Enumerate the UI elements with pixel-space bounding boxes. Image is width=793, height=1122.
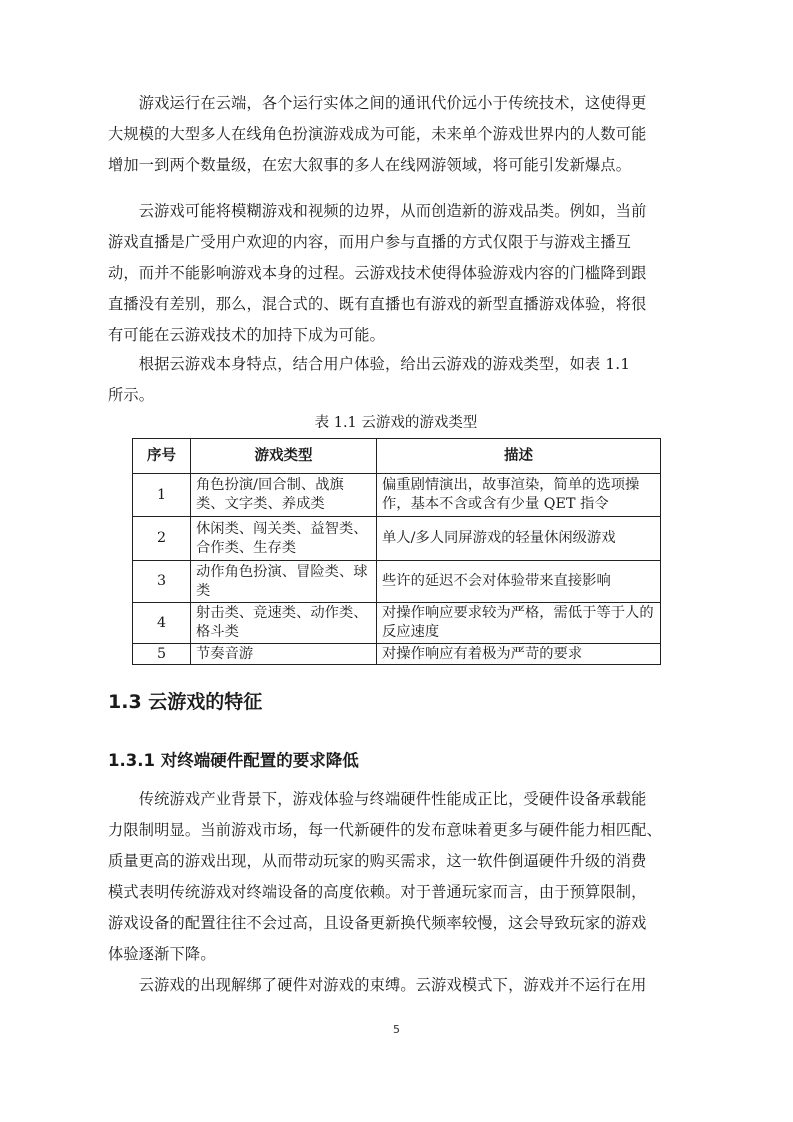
cell-number: 1 <box>133 474 191 517</box>
cell-number: 3 <box>133 561 191 603</box>
table-row: 5 节奏音游 对操作响应有着极为严苛的要求 <box>133 644 661 665</box>
text-line: 有可能在云游戏技术的加持下成为可能。 <box>108 320 673 351</box>
table-row: 3 动作角色扮演、冒险类、球类 些许的延迟不会对体验带来直接影响 <box>133 561 661 603</box>
text-line: 游戏设备的配置往往不会过高，且设备更新换代频率较慢，这会导致玩家的游戏 <box>108 908 673 939</box>
text-line: 质量更高的游戏出现，从而带动玩家的购买需求，这一软件倒逼硬件升级的消费 <box>108 846 673 877</box>
cell-number: 5 <box>133 644 191 665</box>
cell-game-type: 角色扮演/回合制、战旗类、文字类、养成类 <box>191 474 377 517</box>
paragraph-cloud-unbinding: 云游戏的出现解绑了硬件对游戏的束缚。云游戏模式下，游戏并不运行在用 <box>108 970 673 1001</box>
table-caption: 表 1.1 云游戏的游戏类型 <box>108 412 684 434</box>
text-line: 力限制明显。当前游戏市场，每一代新硬件的发布意味着更多与硬件能力相匹配、 <box>108 815 673 846</box>
text-line: 云游戏的出现解绑了硬件对游戏的束缚。云游戏模式下，游戏并不运行在用 <box>108 970 673 1001</box>
cell-game-type: 休闲类、闯关类、益智类、合作类、生存类 <box>191 517 377 561</box>
text-line: 所示。 <box>108 380 673 411</box>
game-types-table: 序号 游戏类型 描述 1 角色扮演/回合制、战旗类、文字类、养成类 偏重剧情演出… <box>132 438 661 665</box>
table-header-row: 序号 游戏类型 描述 <box>133 439 661 474</box>
text-line: 模式表明传统游戏对终端设备的高度依赖。对于普通玩家而言，由于预算限制， <box>108 877 673 908</box>
text-line: 传统游戏产业背景下，游戏体验与终端硬件性能成正比，受硬件设备承载能 <box>108 784 673 815</box>
text-line: 体验逐渐下降。 <box>108 939 673 970</box>
cell-description: 对操作响应要求较为严格，需低于等于人的反应速度 <box>377 603 661 644</box>
text-line: 动，而并不能影响游戏本身的过程。云游戏技术使得体验游戏内容的门槛降到跟 <box>108 258 673 289</box>
paragraph-live-streaming: 云游戏可能将模糊游戏和视频的边界，从而创造新的游戏品类。例如，当前 游戏直播是广… <box>108 196 673 351</box>
cell-game-type: 射击类、竞速类、动作类、格斗类 <box>191 603 377 644</box>
paragraph-table-intro: 根据云游戏本身特点，结合用户体验，给出云游戏的游戏类型，如表 1.1 所示。 <box>108 349 673 411</box>
cell-description: 些许的延迟不会对体验带来直接影响 <box>377 561 661 603</box>
text-line: 大规模的大型多人在线角色扮演游戏成为可能，未来单个游戏世界内的人数可能 <box>108 119 673 150</box>
text-line: 游戏直播是广受用户欢迎的内容，而用户参与直播的方式仅限于与游戏主播互 <box>108 227 673 258</box>
cell-game-type: 动作角色扮演、冒险类、球类 <box>191 561 377 603</box>
text-line: 云游戏可能将模糊游戏和视频的边界，从而创造新的游戏品类。例如，当前 <box>108 196 673 227</box>
document-page: 游戏运行在云端，各个运行实体之间的通讯代价远小于传统技术，这使得更 大规模的大型… <box>0 0 793 1122</box>
page-number: 5 <box>0 1023 793 1036</box>
text-line: 游戏运行在云端，各个运行实体之间的通讯代价远小于传统技术，这使得更 <box>108 88 673 119</box>
paragraph-mmo-scale: 游戏运行在云端，各个运行实体之间的通讯代价远小于传统技术，这使得更 大规模的大型… <box>108 88 673 181</box>
cell-description: 单人/多人同屏游戏的轻量休闲级游戏 <box>377 517 661 561</box>
table-row: 1 角色扮演/回合制、战旗类、文字类、养成类 偏重剧情演出，故事渲染，简单的选项… <box>133 474 661 517</box>
table-row: 2 休闲类、闯关类、益智类、合作类、生存类 单人/多人同屏游戏的轻量休闲级游戏 <box>133 517 661 561</box>
header-number: 序号 <box>133 439 191 474</box>
table-row: 4 射击类、竞速类、动作类、格斗类 对操作响应要求较为严格，需低于等于人的反应速… <box>133 603 661 644</box>
cell-description: 对操作响应有着极为严苛的要求 <box>377 644 661 665</box>
text-line: 根据云游戏本身特点，结合用户体验，给出云游戏的游戏类型，如表 1.1 <box>108 349 673 380</box>
header-description: 描述 <box>377 439 661 474</box>
cell-game-type: 节奏音游 <box>191 644 377 665</box>
text-line: 增加一到两个数量级，在宏大叙事的多人在线网游领域，将可能引发新爆点。 <box>108 150 673 181</box>
cell-number: 4 <box>133 603 191 644</box>
header-game-type: 游戏类型 <box>191 439 377 474</box>
section-heading: 1.3 云游戏的特征 <box>108 688 262 716</box>
paragraph-traditional-hardware: 传统游戏产业背景下，游戏体验与终端硬件性能成正比，受硬件设备承载能 力限制明显。… <box>108 784 673 970</box>
subsection-heading: 1.3.1 对终端硬件配置的要求降低 <box>108 748 359 774</box>
cell-number: 2 <box>133 517 191 561</box>
cell-description: 偏重剧情演出，故事渲染，简单的选项操作，基本不含或含有少量 QET 指令 <box>377 474 661 517</box>
text-line: 直播没有差别，那么，混合式的、既有直播也有游戏的新型直播游戏体验，将很 <box>108 289 673 320</box>
